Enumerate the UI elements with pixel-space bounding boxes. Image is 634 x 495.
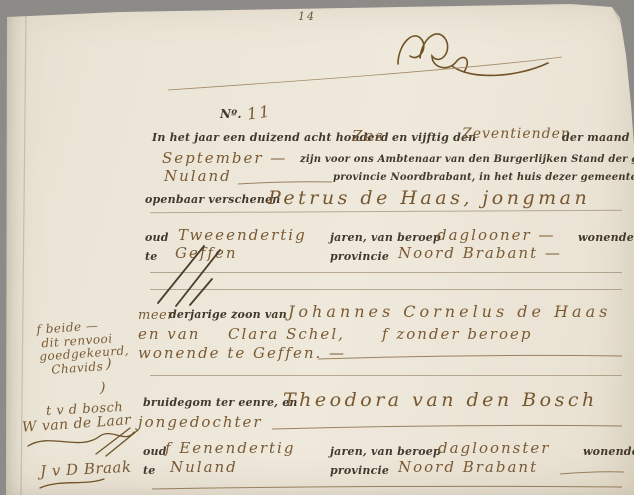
scan-page-number: 14 [298,10,316,23]
ruled-line [150,210,622,213]
margin-brace: ) [100,380,107,396]
entry-groom-age: Tweeendertig [178,226,307,244]
margin-note-line: Chavids [51,359,104,377]
entry-mother-name: Clara Schel, [228,325,345,343]
entry-father-name: Johannes Cornelus de Haas [288,302,611,321]
printed-province-label: provincie [330,250,389,263]
entry-groom-province: Noord Brabant — [398,244,562,262]
margin-signature: W van de Laar [22,412,132,436]
act-number-label: Nº. [220,107,242,121]
printed-age-tail: jaren, van beroep [330,231,441,244]
entry-bride-residence: Nuland [170,458,238,476]
entry-month: September — [162,149,287,167]
entry-groom-residence: Geffen [175,244,238,262]
printed-residing: wonende [583,445,634,458]
entry-bride-occupation: dagloonster [438,439,550,457]
entry-bride-name: Theodora van den Bosch [283,389,598,411]
printed-month-label: der maand [562,131,630,144]
printed-age-label: oud [143,445,167,458]
printed-age-tail: jaren, van beroep [330,445,441,458]
printed-province-clause: provincie Noordbrabant, in het huis deze… [333,172,634,183]
ruled-line [150,272,622,273]
page-stack-edges [612,3,634,134]
entry-bride-age: f Eenendertig [165,439,295,457]
entry-mother-occupation: f zonder beroep [382,325,533,343]
printed-at: te [145,250,157,263]
entry-bride-status: jongedochter [138,413,263,431]
printed-residing: wonende [578,231,634,244]
printed-groom-party: bruidegom ter eenre, en [143,396,298,409]
act-number-value: 11 [246,101,273,123]
top-hairline-curve [168,57,562,90]
entry-and-of: en van [138,325,200,343]
paraph-flourish [398,34,548,76]
printed-appeared: openbaar verschenen [145,193,280,206]
printed-age-label: oud [145,231,169,244]
entry-parents-residence: wonende te Geffen. — [138,344,346,362]
entry-year-word: Zes [352,127,385,145]
document-page: 14 Nº. 11 In het jaar een duizend acht h… [0,0,634,495]
margin-brace: ) [106,356,113,372]
printed-at: te [143,464,155,477]
ruled-line [150,289,622,290]
entry-municipality: Nuland [164,167,232,185]
printed-official-clause: zijn voor ons Ambtenaar van den Burgerli… [300,154,634,165]
printed-son-of: derjarige zoon van [169,308,287,321]
entry-groom-name: Petrus de Haas, jongman [268,187,590,209]
entry-bride-province: Noord Brabant [398,458,538,476]
printed-province-label: provincie [330,464,389,477]
ruled-line [150,375,622,376]
entry-day-word: Zeventienden [462,126,571,142]
entry-groom-occupation: daglooner — [437,226,555,244]
margin-signature: J v D Braak [40,458,132,481]
